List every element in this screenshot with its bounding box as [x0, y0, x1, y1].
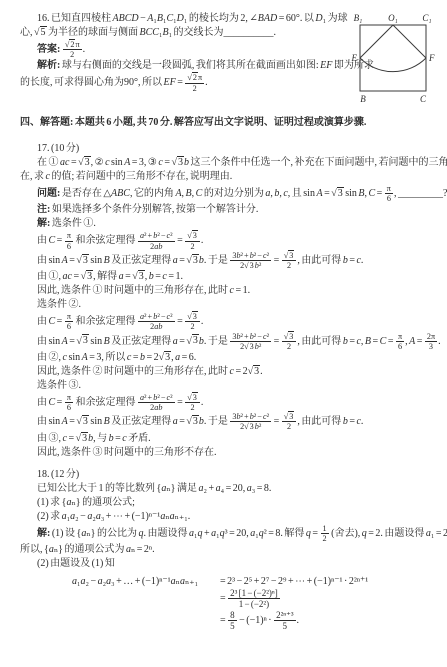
question-number: 17. (10 分): [20, 142, 439, 156]
solution-line: 由 sin A = √3 sin B 及正弦定理得 a = √3b. 于是 3b…: [20, 251, 439, 270]
question-17: 17. (10 分) 在 ① ac = √3, ② c sin A = 3, ③…: [20, 142, 439, 460]
solution-line: 由 C = π6 和余弦定理得 a² + b² − c²2ab = √32.: [20, 312, 439, 331]
text-line: 在 ① ac = √3, ② c sin A = 3, ③ c = √3b 这三…: [20, 156, 439, 170]
equation-rhs: = 85 − (−1)ⁿ · 2²ⁿ⁺³5.: [220, 610, 299, 631]
text-line: (1) 求 {aₙ} 的通项公式;: [20, 496, 439, 510]
display-equation: a₁a₂ − a₂a₃ + … + (−1)ⁿ⁻¹aₙaₙ₊₁ = 2³ − 2…: [72, 576, 439, 631]
equation-row: = 2³ [1 − (−2²)ⁿ]1 − (−2²): [72, 588, 439, 609]
solution-line: 选条件 ③.: [20, 379, 439, 393]
document-page: B₁ O₁ C₁ E F B C 16. 已知直四棱柱 ABCD − A₁B₁C…: [0, 0, 447, 638]
solution-line: 解: 选条件 ①.: [20, 217, 439, 231]
label-f: F: [428, 53, 435, 63]
text-line: (2) 求 a₁a₂ − a₂a₃ + ⋯ + (−1)ⁿ⁻¹aₙaₙ₊₁.: [20, 510, 439, 524]
solution-line: 所以, {aₙ} 的通项公式为 aₙ = 2ⁿ.: [20, 543, 439, 557]
equation-rhs: = 2³ − 2⁵ + 2⁷ − 2⁹ + ⋯ + (−1)ⁿ⁻¹ · 2²ⁿ⁺…: [220, 576, 368, 587]
equation-rhs: = 2³ [1 − (−2²)ⁿ]1 − (−2²): [220, 588, 281, 609]
text-line: 在, 求 c 的值; 若问题中的三角形不存在, 说明理由.: [20, 170, 439, 184]
question-16: B₁ O₁ C₁ E F B C 16. 已知直四棱柱 ABCD − A₁B₁C…: [20, 12, 439, 93]
solution-line: 选条件 ②.: [20, 298, 439, 312]
radius-o1f: [393, 25, 426, 58]
label-b: B: [360, 94, 366, 104]
solution-line: 由 C = π6 和余弦定理得 a² + b² − c²2ab = √32.: [20, 231, 439, 250]
text-line: 注: 如果选择多个条件分别解答, 按第一个解答计分.: [20, 203, 439, 217]
solution-line: 由 ③, c = √3b, 与 b = c 矛盾.: [20, 432, 439, 446]
equation-row: = 85 − (−1)ⁿ · 2²ⁿ⁺³5.: [72, 610, 439, 631]
solution-line: (2) 由题设及 (1) 知: [20, 557, 439, 571]
text-line: 已知公比大于 1 的等比数列 {aₙ} 满足 a₂ + a₄ = 20, a₃ …: [20, 482, 439, 496]
solution-line: 因此, 选条件 ② 时问题中的三角形存在, 此时 c = 2√3.: [20, 365, 439, 379]
equation-lhs: a₁a₂ − a₂a₃ + … + (−1)ⁿ⁻¹aₙaₙ₊₁: [72, 576, 220, 587]
label-o1: O₁: [388, 13, 398, 23]
question-number: 18. (12 分): [20, 468, 439, 482]
text-line: 问题: 是否存在 △ABC, 它的内角 A, B, C 的对边分别为 a, b,…: [20, 184, 439, 203]
section-header: 四、解答题: 本题共 6 小题, 共 70 分. 解答应写出文字说明、证明过程或…: [20, 116, 439, 130]
label-b1: B₁: [354, 13, 363, 23]
label-c: C: [420, 94, 427, 104]
solution-line: 由 ①, ac = √3, 解得 a = √3, b = c = 1.: [20, 270, 439, 284]
solution-line: 因此, 选条件 ③ 时问题中的三角形不存在.: [20, 446, 439, 460]
solution-line: 因此, 选条件 ① 时问题中的三角形存在, 此时 c = 1.: [20, 284, 439, 298]
question-18: 18. (12 分) 已知公比大于 1 的等比数列 {aₙ} 满足 a₂ + a…: [20, 468, 439, 632]
solution-line: 由 sin A = √3 sin B 及正弦定理得 a = √3b. 于是 3b…: [20, 332, 439, 351]
solution-line: 由 sin A = √3 sin B 及正弦定理得 a = √3b. 于是 3b…: [20, 412, 439, 431]
equation-row: a₁a₂ − a₂a₃ + … + (−1)ⁿ⁻¹aₙaₙ₊₁ = 2³ − 2…: [72, 576, 439, 587]
solution-line: 由 ②, c sin A = 3, 所以 c = b = 2√3, a = 6.: [20, 351, 439, 365]
square-outline: [360, 25, 426, 91]
solution-line: 由 C = π6 和余弦定理得 a² + b² − c²2ab = √32.: [20, 393, 439, 412]
label-c1: C₁: [422, 13, 431, 23]
solution-line: 解: (1) 设 {aₙ} 的公比为 q. 由题设得 a₁q + a₁q³ = …: [20, 524, 439, 543]
radius-o1e: [360, 25, 393, 58]
